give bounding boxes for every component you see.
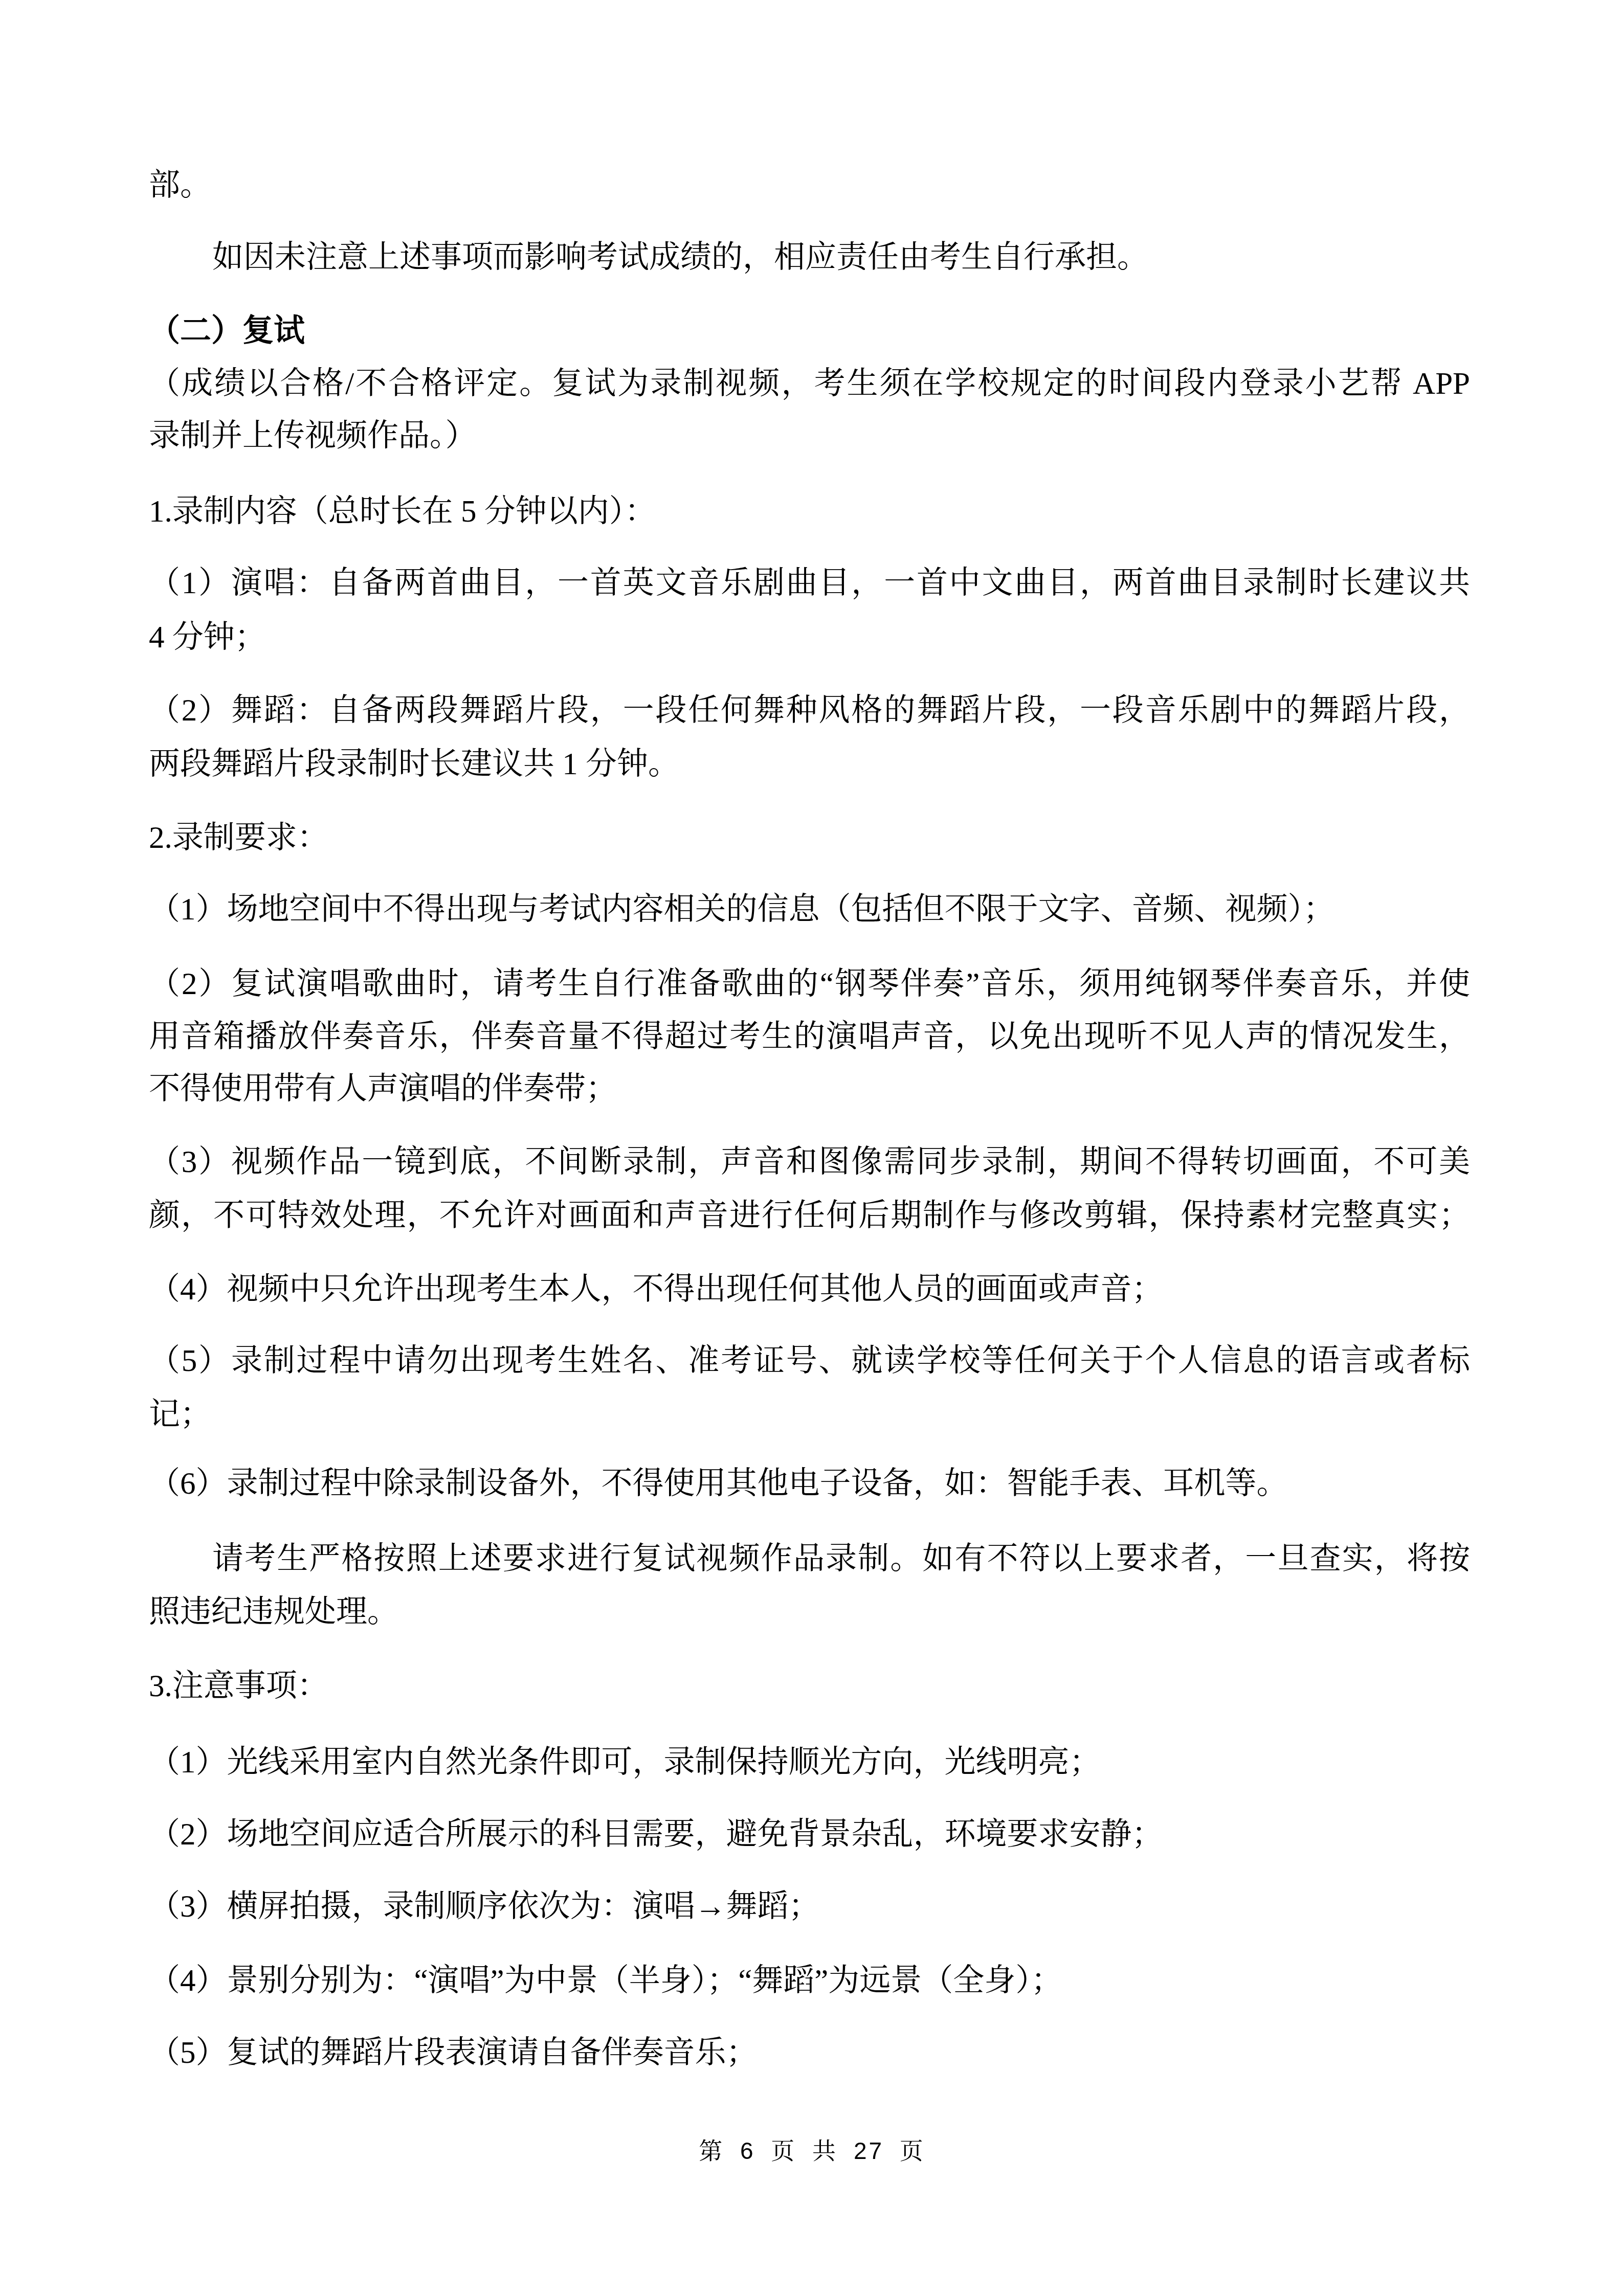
requirement-item-5-line-2: 记； xyxy=(149,1395,211,1434)
retest-intro-line-2: 录制并上传视频作品。） xyxy=(149,417,477,456)
paragraph-continuation: 部。 xyxy=(149,166,211,205)
note-item-5: （5）复试的舞蹈片段表演请自备伴奏音乐； xyxy=(149,2034,758,2073)
document-page: 部。 如因未注意上述事项而影响考试成绩的，相应责任由考生自行承担。 （二）复试 … xyxy=(0,0,1624,2296)
requirement-item-2-line-2: 用音箱播放伴奏音乐，伴奏音量不得超过考生的演唱声音，以免出现听不见人声的情况发生… xyxy=(149,1018,1470,1056)
compliance-notice-line-2: 照违纪违规处理。 xyxy=(149,1593,398,1632)
note-item-3: （3）横屏拍摄，录制顺序依次为：演唱→舞蹈； xyxy=(149,1887,820,1926)
subheading-notes: 3.注意事项： xyxy=(149,1667,328,1706)
requirement-item-2-line-3: 不得使用带有人声演唱的伴奏带； xyxy=(149,1070,617,1109)
requirement-item-6: （6）录制过程中除录制设备外，不得使用其他电子设备，如：智能手表、耳机等。 xyxy=(149,1465,1288,1503)
section-heading-retest: （二）复试 xyxy=(149,312,305,351)
note-item-4: （4）景别分别为：“演唱”为中景（半身）；“舞蹈”为远景（全身）； xyxy=(149,1962,1062,2000)
responsibility-notice: 如因未注意上述事项而影响考试成绩的，相应责任由考生自行承担。 xyxy=(212,238,1148,277)
requirement-item-3-line-1: （3）视频作品一镜到底，不间断录制，声音和图像需同步录制，期间不得转切画面，不可… xyxy=(149,1143,1470,1182)
subheading-recording-requirements: 2.录制要求： xyxy=(149,819,328,858)
subheading-recording-content: 1.录制内容（总时长在 5 分钟以内）： xyxy=(149,492,656,531)
compliance-notice-line-1: 请考生严格按照上述要求进行复试视频作品录制。如有不符以上要求者，一旦查实，将按 xyxy=(212,1540,1470,1579)
content-item-singing-line-2: 4 分钟； xyxy=(149,618,266,657)
requirement-item-3-line-2: 颜，不可特效处理，不允许对画面和声音进行任何后期制作与修改剪辑，保持素材完整真实… xyxy=(149,1197,1470,1235)
note-item-2: （2）场地空间应适合所展示的科目需要，避免背景杂乱，环境要求安静； xyxy=(149,1815,1163,1854)
requirement-item-4: （4）视频中只允许出现考生本人，不得出现任何其他人员的画面或声音； xyxy=(149,1270,1163,1309)
content-item-dance-line-2: 两段舞蹈片段录制时长建议共 1 分钟。 xyxy=(149,745,679,784)
page-number-footer: 第 6 页 共 27 页 xyxy=(0,2136,1624,2165)
note-item-1: （1）光线采用室内自然光条件即可，录制保持顺光方向，光线明亮； xyxy=(149,1743,1101,1782)
requirement-item-5-line-1: （5）录制过程中请勿出现考生姓名、准考证号、就读学校等任何关于个人信息的语言或者… xyxy=(149,1342,1470,1381)
retest-intro-line-1: （成绩以合格/不合格评定。复试为录制视频，考生须在学校规定的时间段内登录小艺帮 … xyxy=(149,365,1470,403)
requirement-item-1: （1）场地空间中不得出现与考试内容相关的信息（包括但不限于文字、音频、视频）； xyxy=(149,890,1334,929)
requirement-item-2-line-1: （2）复试演唱歌曲时，请考生自行准备歌曲的“钢琴伴奏”音乐，须用纯钢琴伴奏音乐，… xyxy=(149,965,1470,1004)
content-item-singing-line-1: （1）演唱：自备两首曲目，一首英文音乐剧曲目，一首中文曲目，两首曲目录制时长建议… xyxy=(149,564,1470,603)
content-item-dance-line-1: （2）舞蹈：自备两段舞蹈片段，一段任何舞种风格的舞蹈片段，一段音乐剧中的舞蹈片段… xyxy=(149,691,1470,730)
